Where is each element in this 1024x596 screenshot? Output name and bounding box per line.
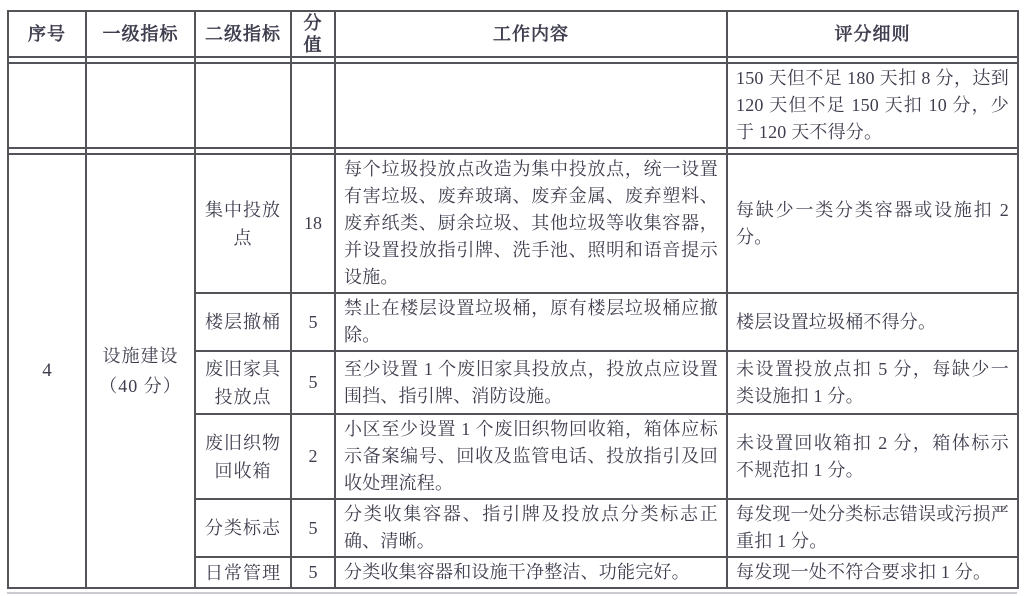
level2-cell: 日常管理	[195, 557, 291, 588]
level2-cell: 废旧家具投放点	[195, 351, 291, 414]
scoring-rule-cell: 每发现一处分类标志错误或污损严重扣 1 分。	[727, 499, 1018, 557]
score-cell: 5	[291, 499, 335, 557]
score-cell: 5	[291, 557, 335, 588]
page-bottom-edge	[7, 592, 1017, 594]
level1-name: 设施建设	[91, 341, 190, 371]
carryover-level1-cell	[86, 63, 195, 148]
header-scoring-rule: 评分细则	[727, 11, 1018, 57]
scoring-rule-cell: 每发现一处不符合要求扣 1 分。	[727, 557, 1018, 588]
scoring-rubric-table: 序号 一级指标 二级指标 分值 工作内容 评分细则 150 天但不足 180 天…	[7, 10, 1019, 589]
carryover-score-cell	[291, 63, 335, 148]
header-row: 序号 一级指标 二级指标 分值 工作内容 评分细则	[8, 11, 1018, 57]
header-serial: 序号	[8, 11, 86, 57]
work-content-cell: 每个垃圾投放点改造为集中投放点，统一设置有害垃圾、废弃玻璃、废弃金属、废弃塑料、…	[335, 154, 727, 293]
work-content-cell: 小区至少设置 1 个废旧织物回收箱，箱体应标示备案编号、回收及监管电话、投放指引…	[335, 414, 727, 499]
scoring-rule-cell: 每缺少一类分类容器或设施扣 2 分。	[727, 154, 1018, 293]
score-cell: 5	[291, 351, 335, 414]
level1-indicator-cell: 设施建设 （40 分）	[86, 154, 195, 588]
level2-cell: 废旧织物回收箱	[195, 414, 291, 499]
carryover-level2-cell	[195, 63, 291, 148]
work-content-cell: 至少设置 1 个废旧家具投放点，投放点应设置围挡、指引牌、消防设施。	[335, 351, 727, 414]
level2-cell: 分类标志	[195, 499, 291, 557]
work-content-cell: 分类收集容器和设施干净整洁、功能完好。	[335, 557, 727, 588]
level2-cell: 楼层撤桶	[195, 293, 291, 351]
score-cell: 18	[291, 154, 335, 293]
header-level1-indicator: 一级指标	[86, 11, 195, 57]
scoring-rule-cell: 未设置投放点扣 5 分，每缺少一类设施扣 1 分。	[727, 351, 1018, 414]
scoring-rule-cell: 未设置回收箱扣 2 分，箱体标示不规范扣 1 分。	[727, 414, 1018, 499]
carryover-work-cell	[335, 63, 727, 148]
score-cell: 2	[291, 414, 335, 499]
work-content-cell: 分类收集容器、指引牌及投放点分类标志正确、清晰。	[335, 499, 727, 557]
carryover-row: 150 天但不足 180 天扣 8 分，达到 120 天但不足 150 天扣 1…	[8, 63, 1018, 148]
header-work-content: 工作内容	[335, 11, 727, 57]
level2-cell: 集中投放点	[195, 154, 291, 293]
work-content-cell: 禁止在楼层设置垃圾桶，原有楼层垃圾桶应撤除。	[335, 293, 727, 351]
header-score: 分值	[291, 11, 335, 57]
serial-number-cell: 4	[8, 154, 86, 588]
header-level2-indicator: 二级指标	[195, 11, 291, 57]
carryover-rule-cell: 150 天但不足 180 天扣 8 分，达到 120 天但不足 150 天扣 1…	[727, 63, 1018, 148]
document-page: 序号 一级指标 二级指标 分值 工作内容 评分细则 150 天但不足 180 天…	[0, 0, 1024, 596]
level1-score-total: （40 分）	[91, 371, 190, 401]
scoring-rule-cell: 楼层设置垃圾桶不得分。	[727, 293, 1018, 351]
carryover-serial-cell	[8, 63, 86, 148]
row-centralized-drop-point: 4 设施建设 （40 分） 集中投放点 18 每个垃圾投放点改造为集中投放点，统…	[8, 154, 1018, 293]
score-cell: 5	[291, 293, 335, 351]
